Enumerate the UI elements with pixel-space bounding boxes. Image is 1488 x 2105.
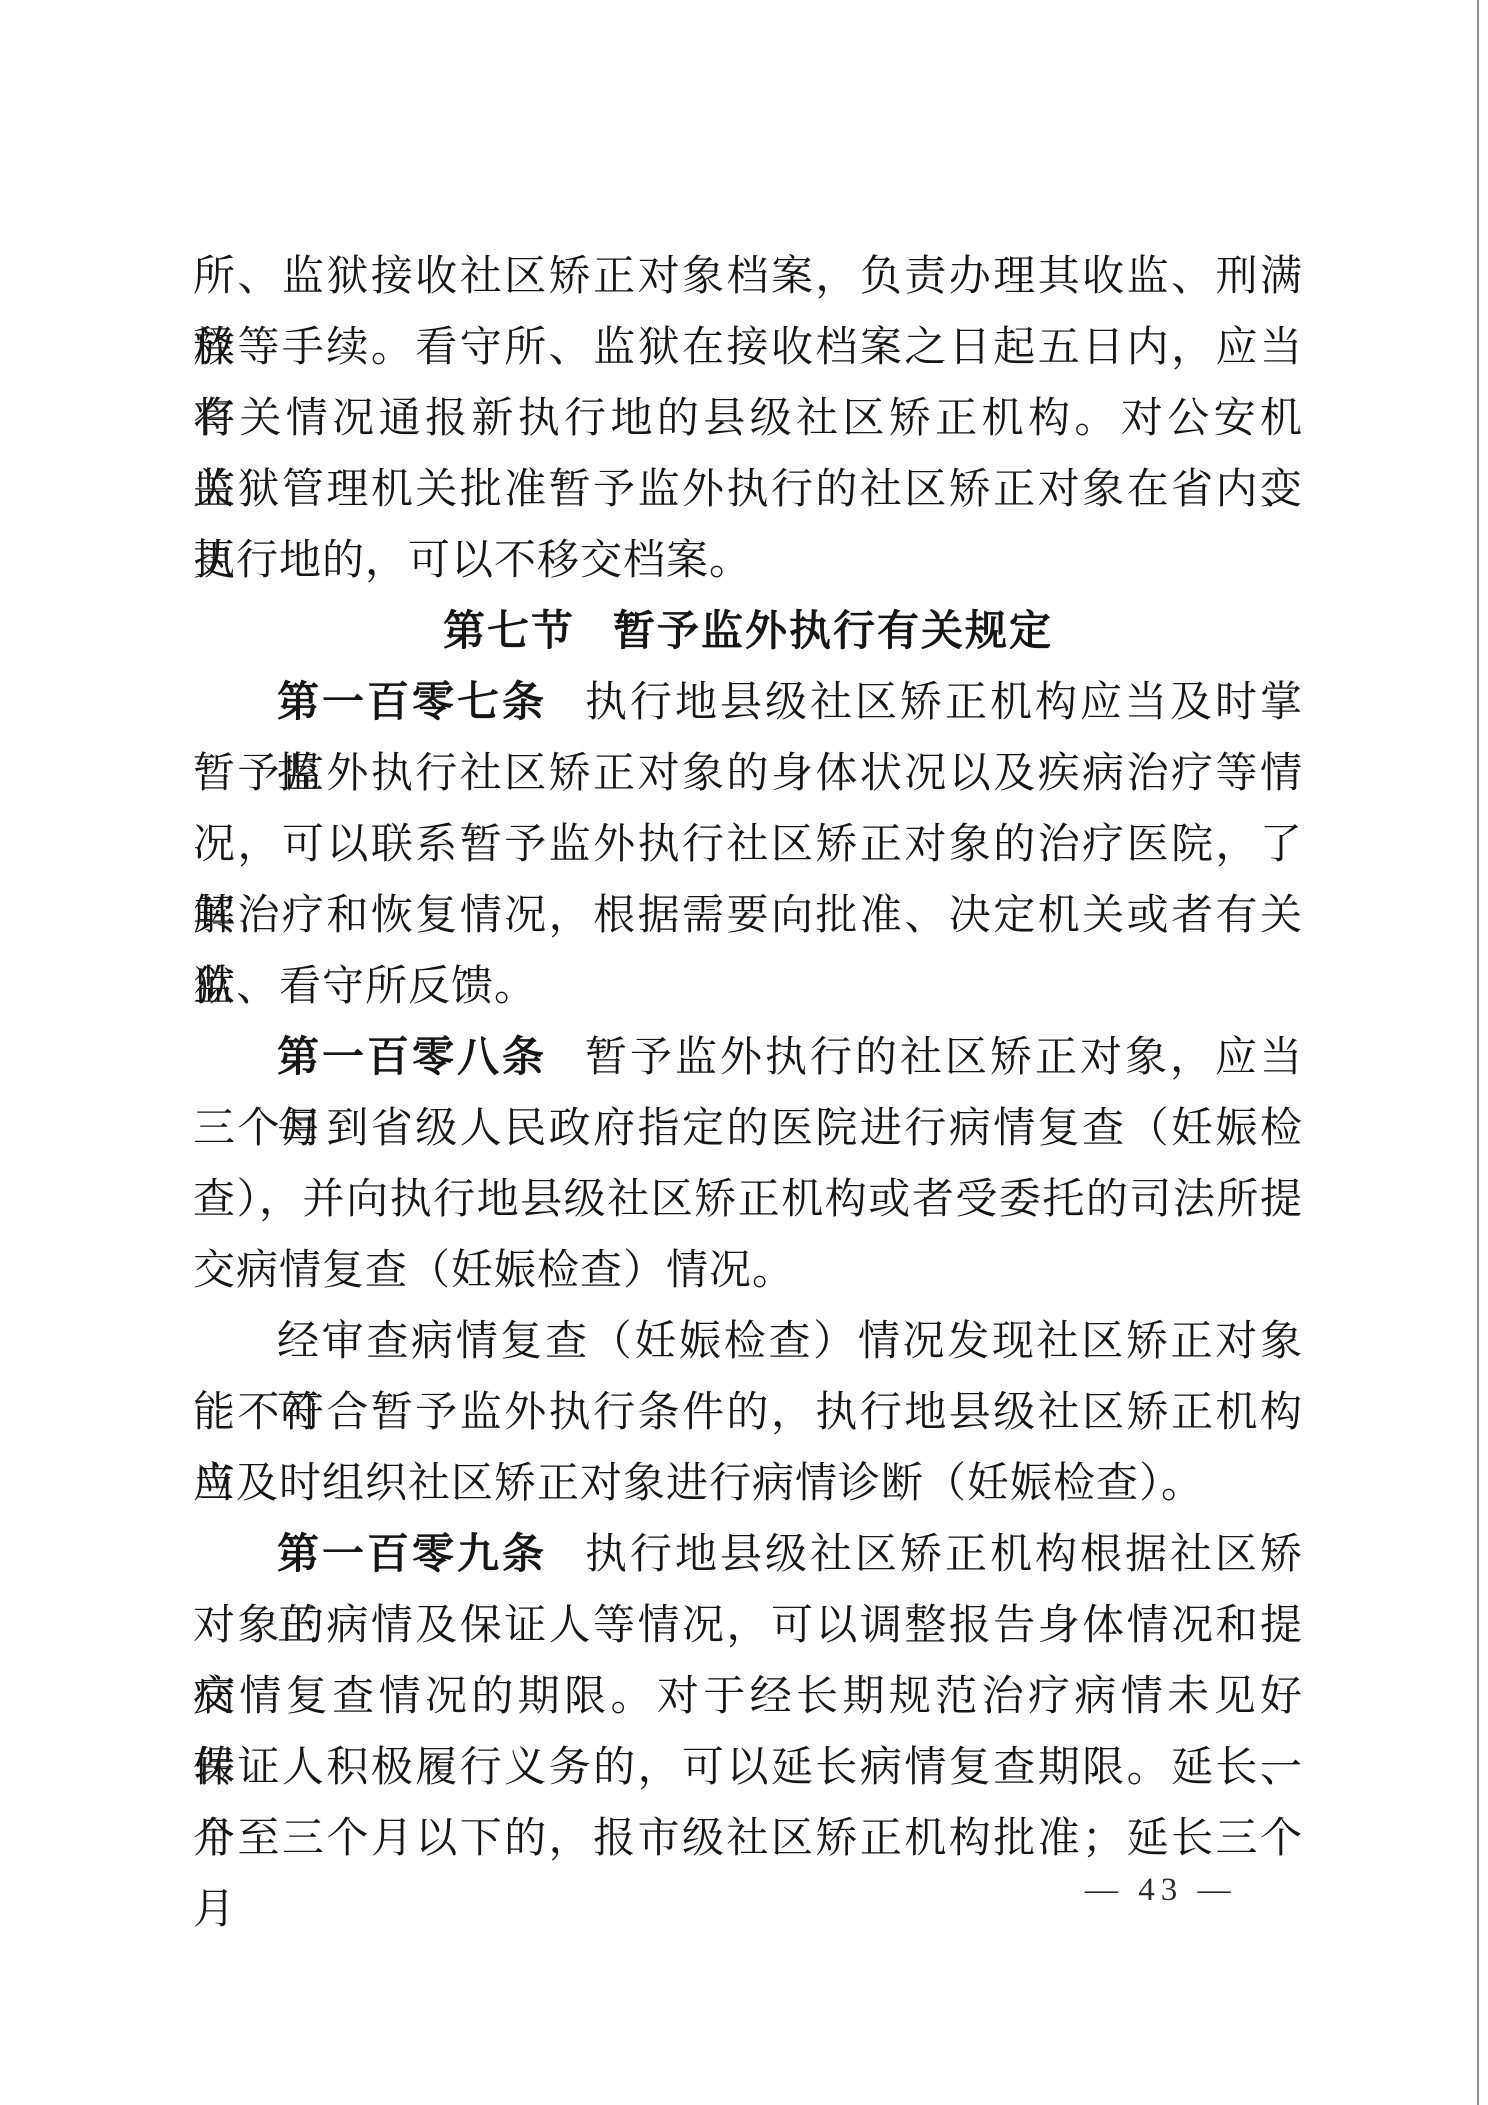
text-line: 放等手续。看守所、监狱在接收档案之日起五日内，应当将	[193, 313, 1303, 384]
text-segment: 狱、看守所反馈。	[193, 964, 537, 1010]
text-line: 对象的病情及保证人等情况，可以调整报告身体情况和提交	[193, 1591, 1303, 1662]
text-line: 第一百零九条执行地县级社区矫正机构根据社区矫正	[193, 1520, 1303, 1591]
text-line: 其治疗和恢复情况，根据需要向批准、决定机关或者有关监	[193, 881, 1303, 952]
text-segment: 执行地的，可以不移交档案。	[193, 538, 752, 584]
text-line: 三个月到省级人民政府指定的医院进行病情复查（妊娠检	[193, 1094, 1303, 1165]
text-segment: 查），并向执行地县级社区矫正机构或者受委托的司法所提	[193, 1177, 1303, 1223]
text-line: 当及时组织社区矫正对象进行病情诊断（妊娠检查）。	[193, 1449, 1303, 1520]
article-number: 第七节	[443, 609, 575, 655]
section-heading: 第七节暂予监外执行有关规定	[193, 597, 1303, 668]
text-line: 第一百零八条暂予监外执行的社区矫正对象，应当每	[193, 1023, 1303, 1094]
text-line: 况，可以联系暂予监外执行社区矫正对象的治疗医院，了解	[193, 810, 1303, 881]
text-line: 月至三个月以下的，报市级社区矫正机构批准；延长三个月	[193, 1804, 1303, 1875]
text-segment: 当及时组织社区矫正对象进行病情诊断（妊娠检查）。	[193, 1461, 1204, 1507]
text-line: 保证人积极履行义务的，可以延长病情复查期限。延长一个	[193, 1733, 1303, 1804]
text-line: 监狱管理机关批准暂予监外执行的社区矫正对象在省内变更	[193, 455, 1303, 526]
text-line: 能不符合暂予监外执行条件的，执行地县级社区矫正机构应	[193, 1378, 1303, 1449]
body-text: 所、监狱接收社区矫正对象档案，负责办理其收监、刑满释放等手续。看守所、监狱在接收…	[193, 242, 1303, 1875]
text-line: 查），并向执行地县级社区矫正机构或者受委托的司法所提	[193, 1165, 1303, 1236]
text-segment: 交病情复查（妊娠检查）情况。	[193, 1248, 795, 1294]
text-line: 执行地的，可以不移交档案。	[193, 526, 1303, 597]
text-line: 病情复查情况的期限。对于经长期规范治疗病情未见好转、	[193, 1662, 1303, 1733]
text-line: 有关情况通报新执行地的县级社区矫正机构。对公安机关、	[193, 384, 1303, 455]
text-line: 所、监狱接收社区矫正对象档案，负责办理其收监、刑满释	[193, 242, 1303, 313]
page-number: — 43 —	[1085, 1872, 1237, 1909]
scan-edge-line	[1477, 0, 1479, 2105]
text-line: 狱、看守所反馈。	[193, 952, 1303, 1023]
text-segment: 暂予监外执行社区矫正对象的身体状况以及疾病治疗等情	[193, 751, 1303, 797]
article-number: 第一百零七条	[277, 680, 547, 726]
article-number: 第一百零九条	[277, 1532, 547, 1578]
article-number: 第一百零八条	[277, 1035, 547, 1081]
text-line: 经审查病情复查（妊娠检查）情况发现社区矫正对象可	[193, 1307, 1303, 1378]
article-number: 暂予监外执行有关规定	[613, 609, 1053, 655]
text-line: 第一百零七条执行地县级社区矫正机构应当及时掌握	[193, 668, 1303, 739]
text-line: 交病情复查（妊娠检查）情况。	[193, 1236, 1303, 1307]
document-page: 所、监狱接收社区矫正对象档案，负责办理其收监、刑满释放等手续。看守所、监狱在接收…	[0, 0, 1488, 2105]
text-segment: 三个月到省级人民政府指定的医院进行病情复查（妊娠检	[193, 1106, 1303, 1152]
text-line: 暂予监外执行社区矫正对象的身体状况以及疾病治疗等情	[193, 739, 1303, 810]
